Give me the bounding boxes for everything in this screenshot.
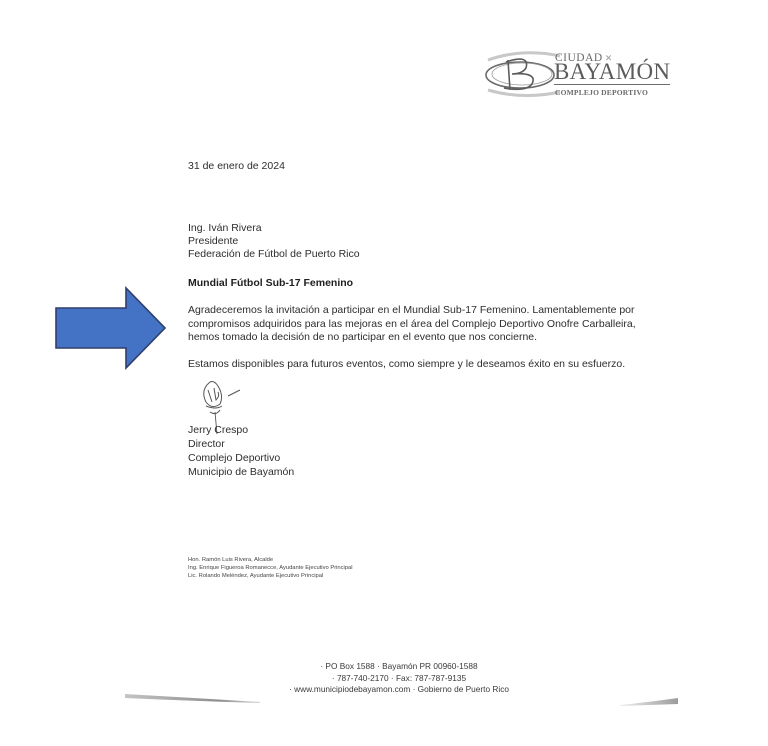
cc-item: Hon. Ramón Luis Rivera, Alcalde [188, 556, 353, 564]
logo-bayamon-text: BAYAMÓN [554, 61, 670, 85]
recipient-name: Ing. Iván Rivera [188, 222, 360, 235]
cc-item: Ing. Enrique Figueroa Romanecce, Ayudant… [188, 564, 353, 572]
paragraph-line: compromisos adquiridos para las mejoras … [188, 318, 636, 332]
paragraph-line: Agradeceremos la invitación a participar… [188, 304, 636, 318]
letter-date: 31 de enero de 2024 [188, 160, 285, 173]
letter-paragraph-2: Estamos disponibles para futuros eventos… [188, 358, 625, 371]
footer-website: · www.municipiodebayamon.com · Gobierno … [0, 684, 768, 696]
letter-subject: Mundial Fútbol Sub-17 Femenino [188, 277, 353, 290]
letter-paragraph-1: Agradeceremos la invitación a participar… [188, 304, 636, 345]
letterhead-footer: · PO Box 1588 · Bayamón PR 00960-1588 · … [0, 661, 768, 696]
right-arrow-icon [54, 286, 168, 370]
cc-item: Lic. Rolando Meléndez, Ayudante Ejecutiv… [188, 572, 353, 580]
signer-block: Jerry Crespo Director Complejo Deportivo… [188, 423, 294, 479]
signer-department: Complejo Deportivo [188, 451, 294, 465]
cc-list: Hon. Ramón Luis Rivera, Alcalde Ing. Enr… [188, 556, 353, 580]
recipient-title: Presidente [188, 235, 360, 248]
signer-municipality: Municipio de Bayamón [188, 465, 294, 479]
recipient-block: Ing. Iván Rivera Presidente Federación d… [188, 222, 360, 261]
paragraph-line: hemos tomado la decisión de no participa… [188, 331, 636, 345]
footer-address: · PO Box 1588 · Bayamón PR 00960-1588 [0, 661, 768, 673]
logo-complejo-text: COMPLEJO DEPORTIVO [555, 88, 648, 97]
bayamon-logo: CIUDAD✕ BAYAMÓN COMPLEJO DEPORTIVO [482, 46, 687, 102]
signer-name: Jerry Crespo [188, 423, 294, 437]
footer-swoosh-right [620, 696, 682, 708]
recipient-organization: Federación de Fútbol de Puerto Rico [188, 248, 360, 261]
footer-swoosh-left [125, 692, 265, 708]
footer-phone: · 787-740-2170 · Fax: 787-787-9135 [0, 673, 768, 685]
bayamon-monogram-icon [482, 46, 562, 102]
signer-title: Director [188, 437, 294, 451]
